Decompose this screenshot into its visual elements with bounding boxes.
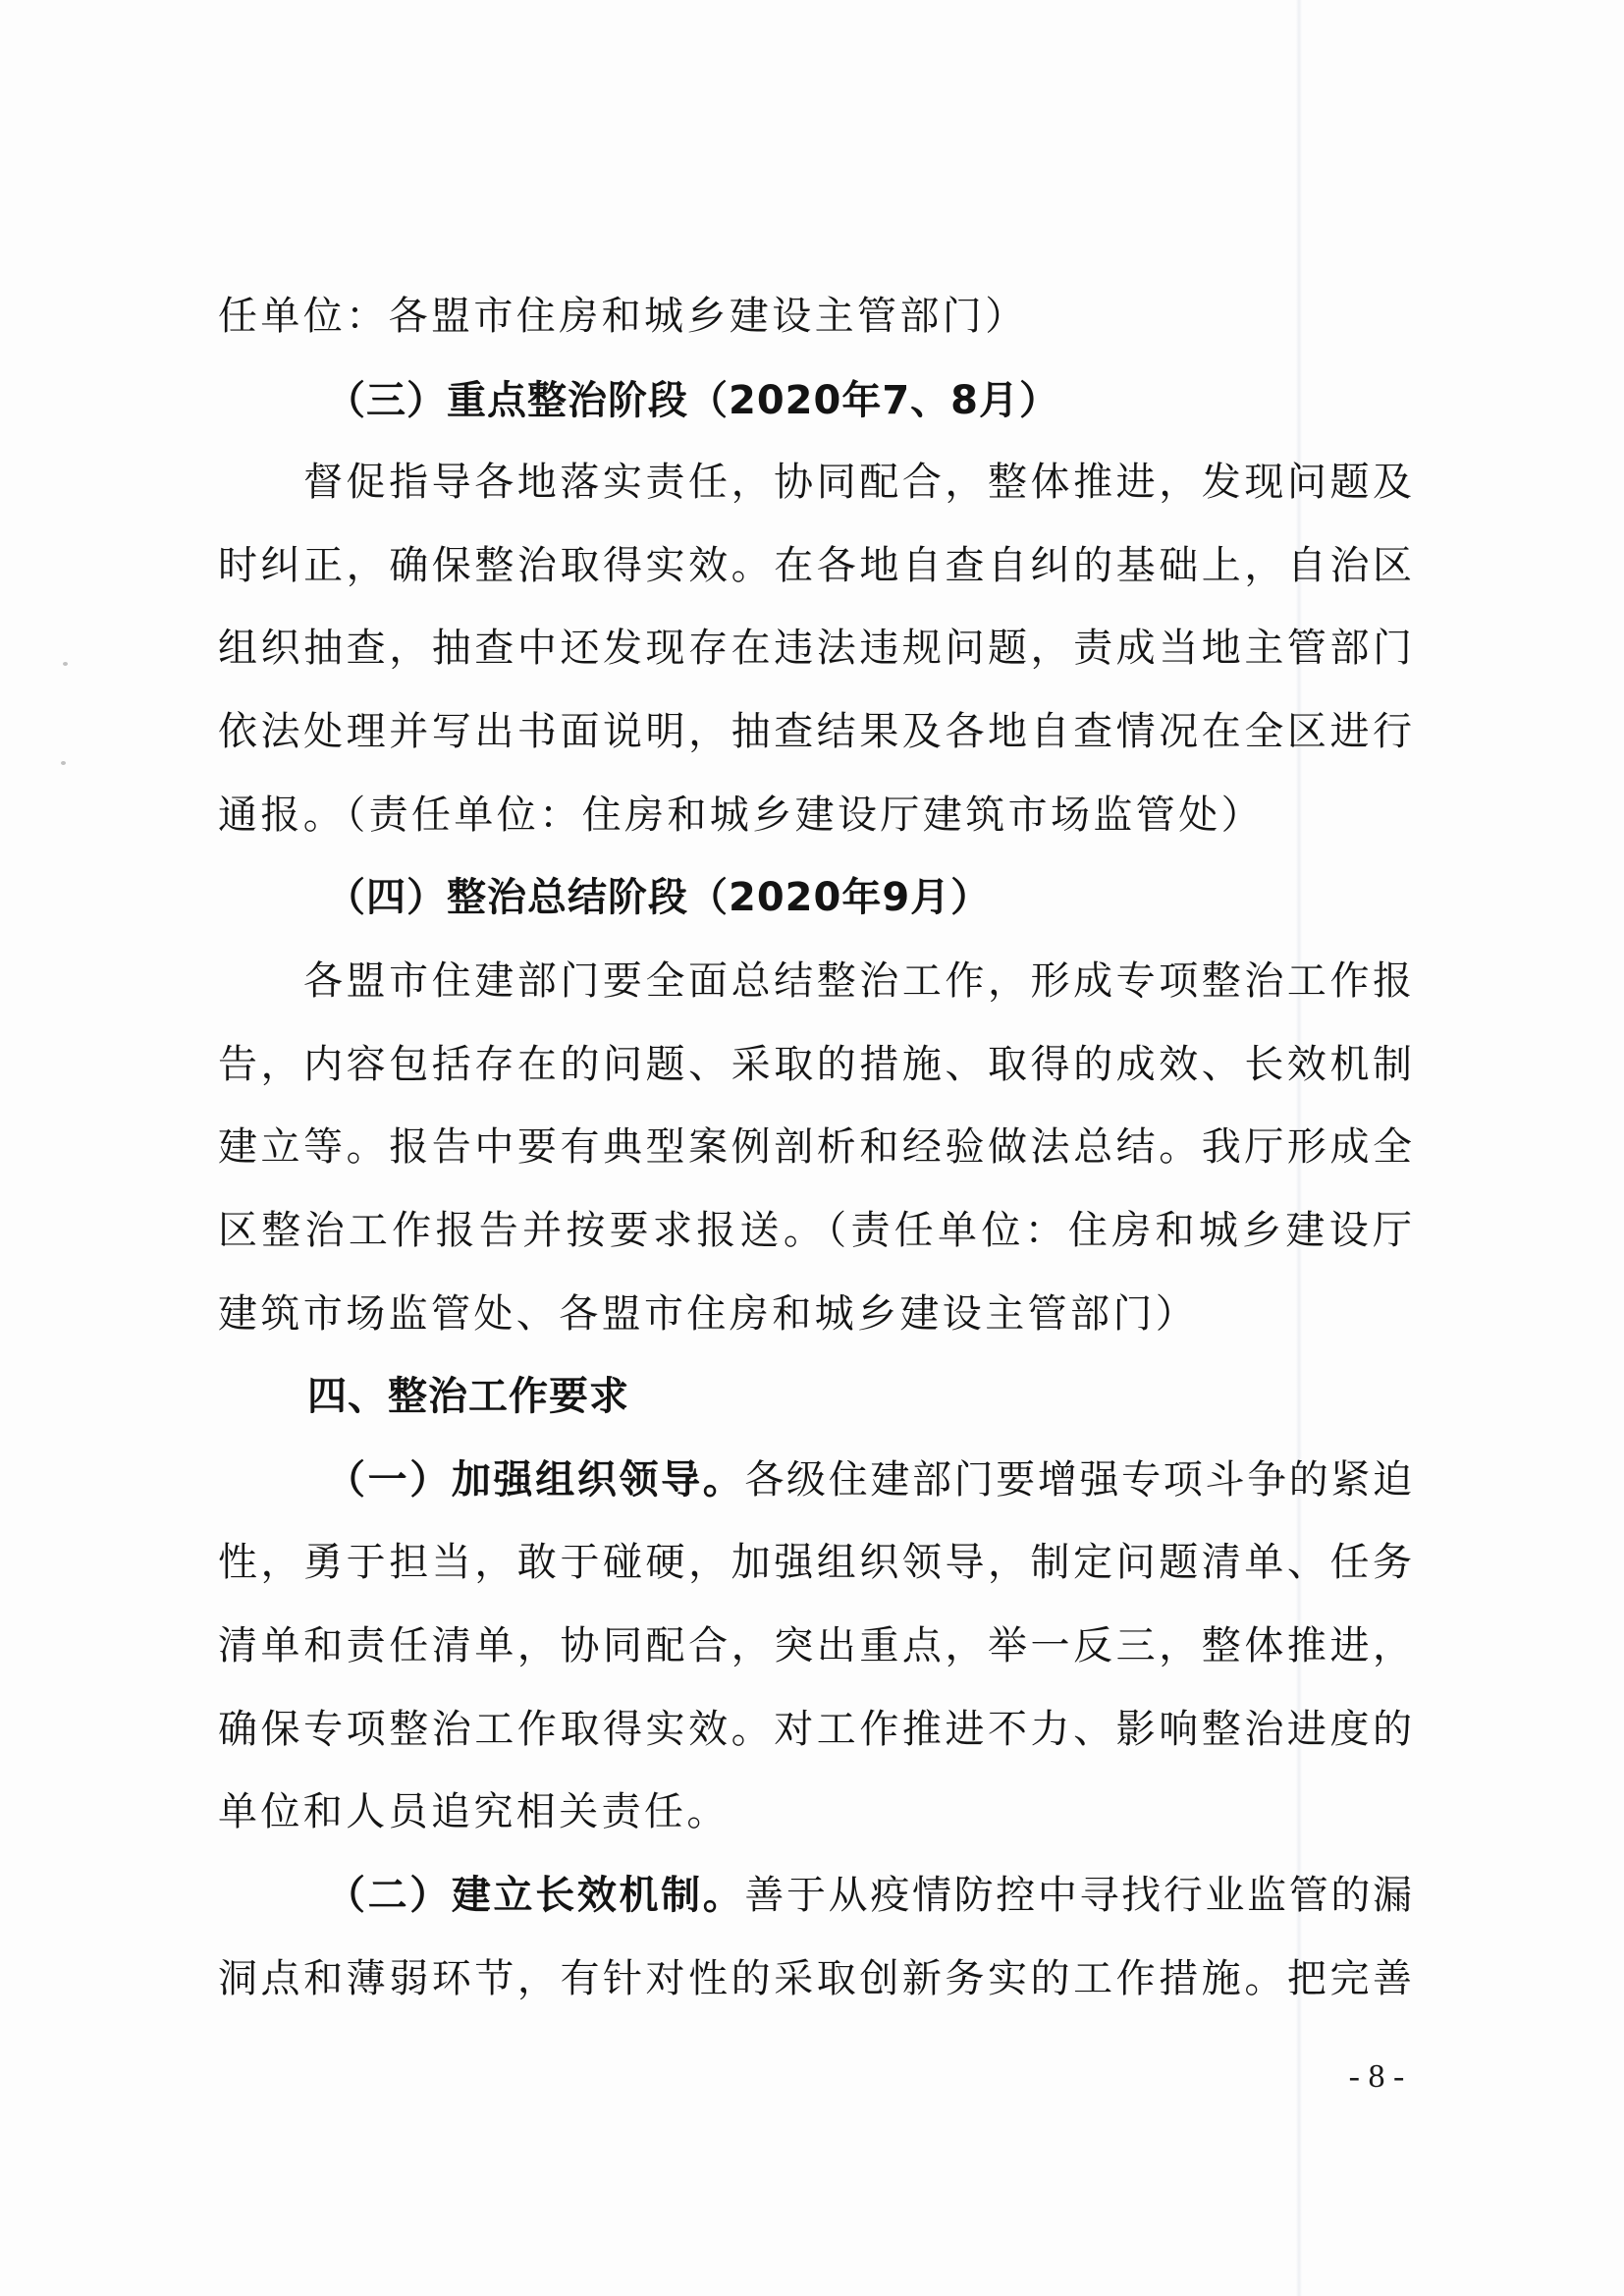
- scan-speck: [63, 662, 68, 666]
- lead-heading-organization: （一）加强组织领导。: [326, 1457, 744, 1503]
- body-line: 通报。（责任单位：住房和城乡建设厅建筑市场监管处）: [218, 774, 1412, 856]
- document-page: 任单位：各盟市住房和城乡建设主管部门） （三）重点整治阶段（2020年7、8月）…: [0, 0, 1624, 2296]
- body-line: 告，内容包括存在的问题、采取的措施、取得的成效、长效机制: [218, 1023, 1412, 1106]
- paragraph-first-line: 各盟市住建部门要全面总结整治工作，形成专项整治工作报: [303, 940, 1412, 1022]
- body-line: 建立等。报告中要有典型案例剖析和经验做法总结。我厅形成全: [218, 1106, 1412, 1188]
- body-line: 单位和人员追究相关责任。: [218, 1771, 1412, 1853]
- paragraph-first-line: 督促指导各地落实责任，协同配合，整体推进，发现问题及: [303, 441, 1412, 523]
- page-number: - 8 -: [1326, 2054, 1428, 2100]
- lead-paragraph-text: 善于从疫情防控中寻找行业监管的漏: [744, 1873, 1412, 1918]
- scan-speck: [61, 761, 66, 765]
- subheading-phase-three: （三）重点整治阶段（2020年7、8月）: [326, 359, 1414, 442]
- body-line: 依法处理并写出书面说明，抽查结果及各地自查情况在全区进行: [218, 690, 1412, 773]
- lead-paragraph-text: 各级住建部门要增强专项斗争的紧迫: [744, 1457, 1412, 1503]
- lead-heading-mechanism: （二）建立长效机制。: [326, 1873, 744, 1918]
- body-line: 组织抽查，抽查中还发现存在违法违规问题，责成当地主管部门: [218, 607, 1412, 689]
- subheading-phase-four: （四）整治总结阶段（2020年9月）: [326, 856, 1414, 939]
- lead-paragraph-line: （一）加强组织领导。各级住建部门要增强专项斗争的紧迫: [326, 1439, 1412, 1521]
- lead-paragraph-line: （二）建立长效机制。善于从疫情防控中寻找行业监管的漏: [326, 1854, 1412, 1937]
- body-line: 洞点和薄弱环节，有针对性的采取创新务实的工作措施。把完善: [218, 1938, 1412, 2020]
- body-line: 区整治工作报告并按要求报送。（责任单位：住房和城乡建设厅: [218, 1189, 1412, 1272]
- body-line: 确保专项整治工作取得实效。对工作推进不力、影响整治进度的: [218, 1688, 1412, 1771]
- body-line: 任单位：各盟市住房和城乡建设主管部门）: [218, 275, 1412, 357]
- body-line: 清单和责任清单，协同配合，突出重点，举一反三，整体推进，: [218, 1605, 1412, 1687]
- body-line: 性，勇于担当，敢于碰硬，加强组织领导，制定问题清单、任务: [218, 1521, 1412, 1604]
- body-line: 时纠正，确保整治取得实效。在各地自查自纠的基础上，自治区: [218, 524, 1412, 607]
- section-heading-requirements: 四、整治工作要求: [307, 1355, 1501, 1438]
- body-line: 建筑市场监管处、各盟市住房和城乡建设主管部门）: [218, 1273, 1412, 1355]
